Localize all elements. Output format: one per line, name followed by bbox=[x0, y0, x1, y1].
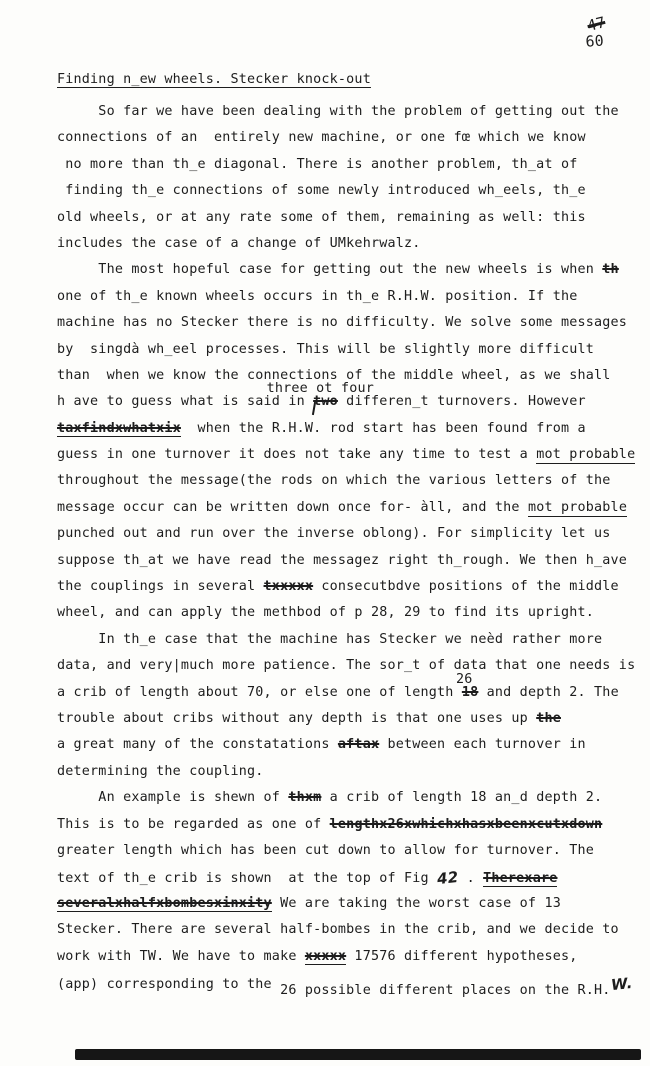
new-page-number: 60 bbox=[585, 33, 604, 51]
text-segment: a crib of length about 70, or else one o… bbox=[57, 685, 462, 700]
underlined-text: mot probable bbox=[528, 500, 627, 517]
text-segment: between each turnover in bbox=[379, 737, 586, 752]
lowered-text: 26 possible different places on the R.H. bbox=[280, 983, 610, 998]
handwritten-page-numbers: 47 60 bbox=[587, 15, 607, 50]
text-segment: old wheels, or at any rate some of them,… bbox=[57, 210, 586, 225]
handwritten-text: 42 bbox=[436, 864, 460, 892]
text-line: work with TW. We have to make xxxxx 1757… bbox=[57, 944, 635, 970]
text-segment: This is to be regarded as one of bbox=[57, 817, 330, 832]
text-segment: consecutbdve positions of the middle bbox=[313, 579, 619, 594]
text-line: determining the coupling. bbox=[57, 759, 635, 785]
text-line: old wheels, or at any rate some of them,… bbox=[57, 205, 635, 231]
text-line: machine has no Stecker there is no diffi… bbox=[57, 310, 635, 336]
text-segment: punched out and run over the inverse obl… bbox=[57, 526, 611, 541]
text-segment: a great many of the constatations bbox=[57, 737, 338, 752]
struck-out-text: the bbox=[536, 711, 561, 726]
text-segment: greater length which has been cut down t… bbox=[57, 843, 594, 858]
text-segment: An example is shewn of bbox=[57, 790, 288, 805]
text-segment: work with TW. We have to make bbox=[57, 949, 305, 964]
text-line: throughout the message(the rods on which… bbox=[57, 468, 635, 494]
text-line: So far we have been dealing with the pro… bbox=[57, 99, 635, 125]
text-segment: wheel, and can apply the methbod of p 28… bbox=[57, 605, 594, 620]
text-segment: a crib of length 18 an_d depth 2. bbox=[321, 790, 602, 805]
text-segment: suppose th_at we have read the messagez … bbox=[57, 553, 627, 568]
text-segment: when the R.H.W. rod start has been found… bbox=[181, 421, 586, 436]
text-segment: So far we have been dealing with the pro… bbox=[57, 104, 619, 119]
text-line: Stecker. There are several half-bombes i… bbox=[57, 917, 635, 943]
text-line: This is to be regarded as one of lengthx… bbox=[57, 812, 635, 838]
scan-artifact-bar bbox=[75, 1049, 641, 1060]
text-segment: data, and very|much more patience. The s… bbox=[57, 658, 635, 673]
struck-out-text: xxxxx bbox=[305, 949, 346, 965]
text-line: no more than th_e diagonal. There is ano… bbox=[57, 152, 635, 178]
text-segment: throughout the message(the rods on which… bbox=[57, 473, 611, 488]
text-segment: determining the coupling. bbox=[57, 764, 264, 779]
text-line: the couplings in several txxxxx consecut… bbox=[57, 574, 635, 600]
text-segment: connections of an entirely new machine, … bbox=[57, 130, 586, 145]
inserted-interline-text: three ot four bbox=[267, 376, 374, 402]
text-segment: (app) corresponding to the bbox=[57, 977, 280, 992]
text-line: text of th_e crib is shown at the top of… bbox=[57, 864, 635, 890]
text-line: one of th_e known wheels occurs in th_e … bbox=[57, 284, 635, 310]
text-segment: the couplings in several bbox=[57, 579, 264, 594]
text-segment: and depth 2. The bbox=[478, 685, 618, 700]
text-line: wheel, and can apply the methbod of p 28… bbox=[57, 600, 635, 626]
text-segment: no more than th_e diagonal. There is ano… bbox=[57, 157, 578, 172]
text-segment: . bbox=[458, 871, 483, 886]
page-title: Finding n_ew wheels. Stecker knock-out bbox=[57, 72, 371, 87]
text-line: by singdà wh_eel processes. This will be… bbox=[57, 337, 635, 363]
text-line: An example is shewn of thxm a crib of le… bbox=[57, 785, 635, 811]
underlined-text: mot probable bbox=[536, 447, 635, 464]
text-segment: In th_e case that the machine has Stecke… bbox=[57, 632, 602, 647]
text-segment: machine has no Stecker there is no diffi… bbox=[57, 315, 627, 330]
text-line: data, and very|much more patience. The s… bbox=[57, 653, 635, 679]
text-segment: The most hopeful case for getting out th… bbox=[57, 262, 602, 277]
text-line: trouble about cribs without any depth is… bbox=[57, 706, 635, 732]
text-line: suppose th_at we have read the messagez … bbox=[57, 548, 635, 574]
document-page: 47 60 Finding n_ew wheels. Stecker knock… bbox=[0, 0, 650, 1066]
inserted-interline-text: 26 bbox=[456, 667, 473, 693]
text-segment: includes the case of a change of UMkehrw… bbox=[57, 236, 421, 251]
struck-out-text: thxm bbox=[288, 790, 321, 805]
text-line: connections of an entirely new machine, … bbox=[57, 125, 635, 151]
text-line: a great many of the constatations aftax … bbox=[57, 732, 635, 758]
text-line: (app) corresponding to the 26 possible d… bbox=[57, 970, 635, 996]
text-line: guess in one turnover it does not take a… bbox=[57, 442, 635, 468]
document-body: So far we have been dealing with the pro… bbox=[57, 99, 635, 996]
text-segment: finding th_e connections of some newly i… bbox=[57, 183, 586, 198]
text-line: The most hopeful case for getting out th… bbox=[57, 257, 635, 283]
text-line: taxfindxwhatxix when the R.H.W. rod star… bbox=[57, 416, 635, 442]
text-segment: trouble about cribs without any depth is… bbox=[57, 711, 536, 726]
text-segment: 17576 different hypotheses, bbox=[346, 949, 577, 964]
struck-out-text: Therexare bbox=[483, 871, 557, 887]
struck-out-text: lengthx26xwhichxhasxbeenxcutxdown bbox=[330, 817, 603, 832]
text-line: finding th_e connections of some newly i… bbox=[57, 178, 635, 204]
text-segment: differen_t turnovers. However bbox=[338, 394, 586, 409]
text-line: In th_e case that the machine has Stecke… bbox=[57, 627, 635, 653]
text-segment: message occur can be written down once f… bbox=[57, 500, 528, 515]
text-segment: one of th_e known wheels occurs in th_e … bbox=[57, 289, 578, 304]
text-line: a crib of length about 70, or else one o… bbox=[57, 680, 635, 706]
text-line: greater length which has been cut down t… bbox=[57, 838, 635, 864]
struck-out-text: severalxhalfxbombesxinxity bbox=[57, 896, 272, 912]
text-line: h ave to guess what is said in two diffe… bbox=[57, 389, 635, 415]
text-segment: Stecker. There are several half-bombes i… bbox=[57, 922, 619, 937]
struck-out-text: th bbox=[602, 262, 619, 277]
text-segment: by singdà wh_eel processes. This will be… bbox=[57, 342, 594, 357]
text-segment: guess in one turnover it does not take a… bbox=[57, 447, 536, 462]
text-segment: text of th_e crib is shown at the top of… bbox=[57, 871, 437, 886]
text-line: punched out and run over the inverse obl… bbox=[57, 521, 635, 547]
text-segment: We are taking the worst case of 13 bbox=[272, 896, 561, 911]
struck-out-text: taxfindxwhatxix bbox=[57, 421, 181, 437]
struck-out-text: aftax bbox=[338, 737, 379, 752]
handwritten-text: W. bbox=[609, 970, 633, 998]
text-line: message occur can be written down once f… bbox=[57, 495, 635, 521]
text-line: severalxhalfxbombesxinxity We are taking… bbox=[57, 891, 635, 917]
struck-out-text: txxxxx bbox=[264, 579, 314, 594]
text-line: includes the case of a change of UMkehrw… bbox=[57, 231, 635, 257]
